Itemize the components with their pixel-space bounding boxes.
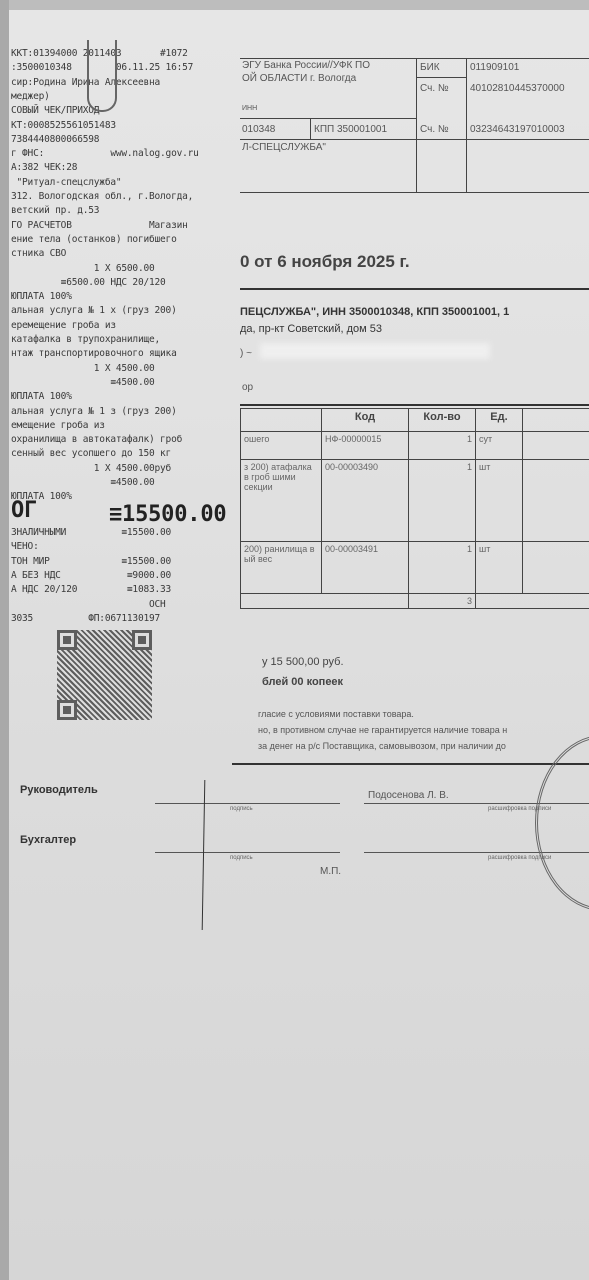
supplier-info: ПЕЦСЛУЖБА", ИНН 3500010348, КПП 35000100… xyxy=(240,304,509,338)
col-qty: Кол-во xyxy=(409,409,476,432)
col-name xyxy=(241,409,322,432)
col-code: Код xyxy=(322,409,409,432)
total-qty: 3 xyxy=(409,594,476,609)
account1-label: Сч. № xyxy=(420,83,449,94)
receipt-line: ГО РАСЧЕТОВ Магазин xyxy=(11,220,188,231)
receipt-line: 312. Вологодская обл., г.Вологда, xyxy=(11,191,193,202)
receipt-line: стника СВО xyxy=(11,248,66,259)
receipt-line: 1 Х 4500.00руб xyxy=(11,463,171,474)
receipt-line: "Ритуал-спецслужба" xyxy=(11,177,121,188)
receipt-line: 1 Х 6500.00 xyxy=(11,263,155,274)
receipt-line: ветский пр. д.53 xyxy=(11,205,99,216)
receipt-qr-code xyxy=(57,630,152,720)
receipt-line: ≡4500.00 xyxy=(11,477,155,488)
receipt-line: ЮПЛАТА 100% xyxy=(11,391,72,402)
receipt-line: ОСН xyxy=(11,599,166,610)
total-words-line-1: у 15 500,00 руб. xyxy=(262,652,344,672)
accountant-sign-line xyxy=(155,852,340,853)
supplier-line-2: да, пр-кт Советский, дом 53 xyxy=(240,321,509,338)
receipt-line: 3035 ФП:0671130197 xyxy=(11,613,160,624)
receipt-line: ЧЕНО: xyxy=(11,541,39,552)
receipt-line: СОВЫЙ ЧЕК/ПРИХОД xyxy=(11,105,99,116)
cash-receipt: ККТ:01394000 2011403 #1072:3500010348 06… xyxy=(9,40,241,730)
receipt-line: А БЕЗ НДС ≡9000.00 xyxy=(11,570,171,581)
receipt-total-label: ОГ xyxy=(11,498,37,523)
col-extra xyxy=(523,409,589,432)
invoice-document: ЭГУ Банка России//УФК ПО ОЙ ОБЛАСТИ г. В… xyxy=(220,40,589,920)
receipt-total-value: ≡15500.00 xyxy=(109,502,226,527)
stamp-place: М.П. xyxy=(320,866,341,877)
buyer-label: ) ~ xyxy=(240,348,252,359)
receipt-line: ТОН МИР ≡15500.00 xyxy=(11,556,171,567)
terms-text: гласие с условиями поставки товара. но, … xyxy=(258,706,507,754)
director-name: Подосенова Л. В. xyxy=(368,790,449,801)
director-label: Руководитель xyxy=(20,784,98,796)
receipt-line: 1 Х 4500.00 xyxy=(11,363,155,374)
bik-value: 011909101 xyxy=(470,62,519,73)
receipt-line: емещение гроба из xyxy=(11,420,105,431)
account2-label: Сч. № xyxy=(420,124,449,135)
table-total-row: 3 xyxy=(241,594,589,609)
photo-left-edge xyxy=(0,0,9,1280)
receipt-line: ≡4500.00 xyxy=(11,377,155,388)
account1-value: 40102810445370000 xyxy=(470,83,565,94)
inn-label: ИНН xyxy=(242,105,257,112)
inn-value: 010348 xyxy=(242,124,275,135)
redacted-buyer xyxy=(260,343,490,359)
receipt-line: меджер) xyxy=(11,91,50,102)
bank-name-2: ОЙ ОБЛАСТИ г. Вологда xyxy=(242,73,356,84)
bank-name-1: ЭГУ Банка России//УФК ПО xyxy=(242,60,370,71)
receipt-line: А:382 ЧЕК:28 xyxy=(11,162,77,173)
col-unit: Ед. xyxy=(476,409,523,432)
receipt-line: 7384440800066598 xyxy=(11,134,99,145)
title-divider xyxy=(240,288,589,290)
total-words-line-2: блей 00 копеек xyxy=(262,672,344,692)
receipt-line: ение тела (останков) погибшего xyxy=(11,234,177,245)
basis-label: ор xyxy=(242,382,253,393)
receipt-line: альная услуга № 1 з (груз 200) xyxy=(11,406,177,417)
accountant-label: Бухгалтер xyxy=(20,834,76,846)
receipt-line: нтаж транспортировочного ящика xyxy=(11,348,177,359)
receipt-line: А НДС 20/120 ≡1083.33 xyxy=(11,584,171,595)
table-top-divider xyxy=(240,404,589,406)
terms-divider xyxy=(232,763,589,765)
bank-details-table: ЭГУ Банка России//УФК ПО ОЙ ОБЛАСТИ г. В… xyxy=(240,58,589,234)
receipt-line: альная услуга № 1 х (груз 200) xyxy=(11,305,177,316)
receipt-line: сир:Родина Ирина Алексеевна xyxy=(11,77,160,88)
receipt-line: сенный вес усопшего до 150 кг xyxy=(11,448,171,459)
receipt-line: ЗНАЛИЧНЫМИ ≡15500.00 xyxy=(11,527,171,538)
items-table: Код Кол-во Ед. ошего НФ-00000015 1 сут з… xyxy=(240,408,589,609)
invoice-title: 0 от 6 ноября 2025 г. xyxy=(240,252,410,272)
paper-clip-icon xyxy=(87,40,117,112)
receipt-line: ≡6500.00 НДС 20/120 xyxy=(11,277,166,288)
account2-value: 03234643197010003 xyxy=(470,124,565,135)
receipt-line: еремещение гроба из xyxy=(11,320,116,331)
receipt-line: охранилища в автокатафалк) гроб xyxy=(11,434,182,445)
supplier-line-1: ПЕЦСЛУЖБА", ИНН 3500010348, КПП 35000100… xyxy=(240,304,509,321)
receipt-line: г ФНС: www.nalog.gov.ru xyxy=(11,148,199,159)
kpp-value: КПП 350001001 xyxy=(314,124,387,135)
director-sign-line xyxy=(155,803,340,804)
bik-label: БИК xyxy=(420,62,440,73)
total-in-words: у 15 500,00 руб. блей 00 копеек xyxy=(262,652,344,692)
photo-top-edge xyxy=(0,0,589,10)
receipt-line: ЮПЛАТА 100% xyxy=(11,291,72,302)
receipt-line: КТ:0008525561051483 xyxy=(11,120,116,131)
table-row: ошего НФ-00000015 1 сут xyxy=(241,432,589,460)
recipient-name: Л-СПЕЦСЛУЖБА" xyxy=(242,142,326,153)
table-row: з 200) атафалка в гроб шими секции 00-00… xyxy=(241,460,589,542)
table-row: 200) ранилища в ый вес 00-00003491 1 шт xyxy=(241,542,589,594)
receipt-line: катафалка в трупохранилище, xyxy=(11,334,160,345)
